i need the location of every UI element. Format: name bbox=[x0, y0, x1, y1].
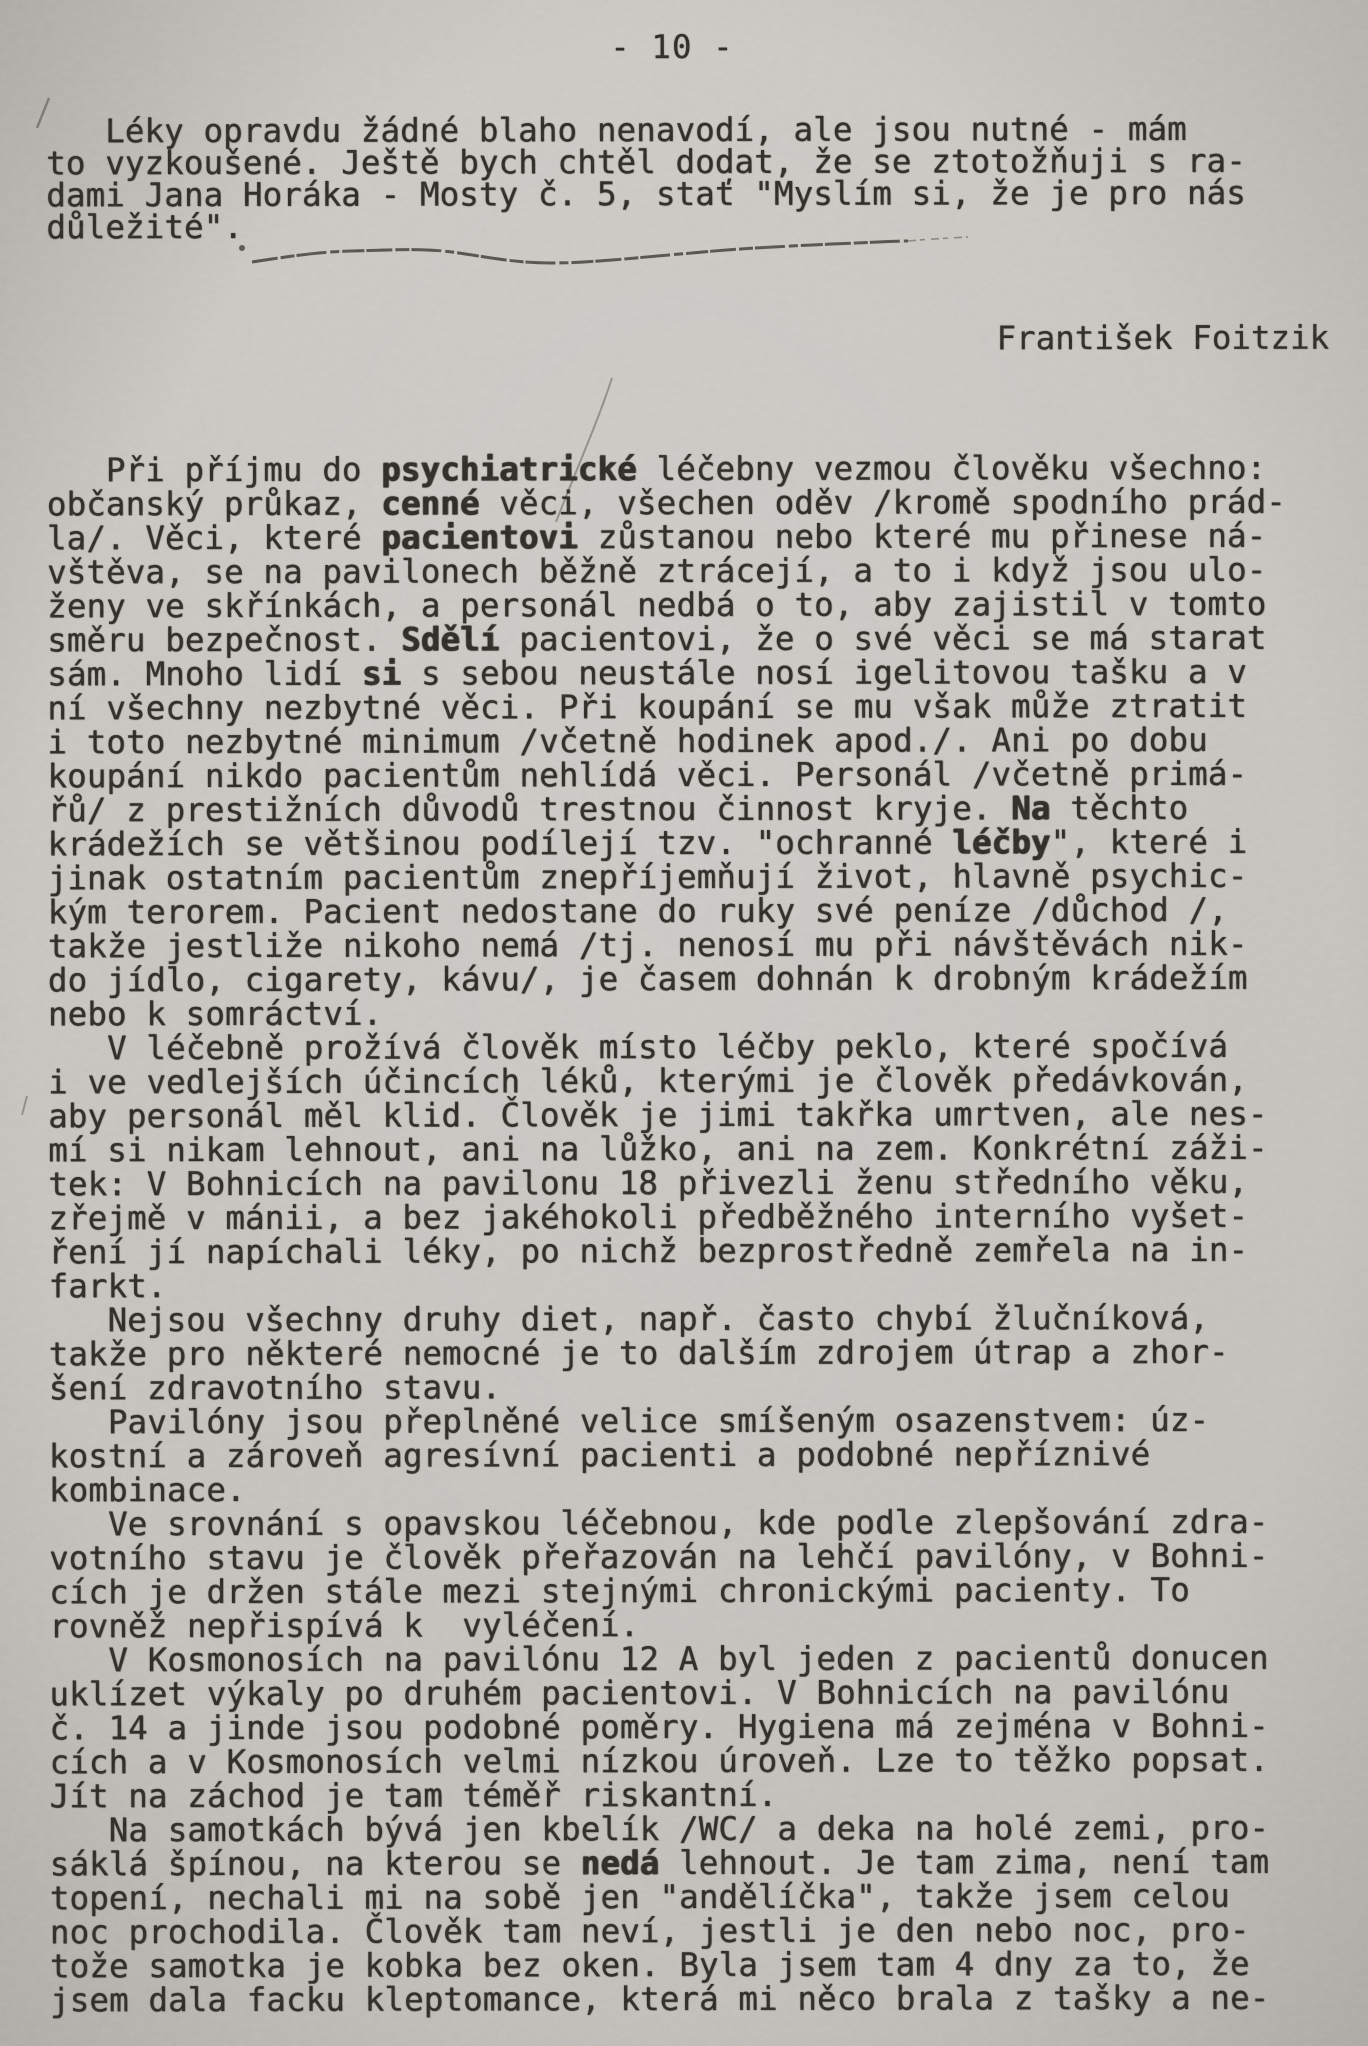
text-line: koupání nikdo pacientům nehlídá věci. Pe… bbox=[47, 757, 1286, 794]
text-line: ní všechny nezbytné věci. Při koupání se… bbox=[47, 689, 1286, 726]
text-line: jsem dala facku kleptomance, která mi ně… bbox=[50, 1981, 1289, 2018]
overstruck-word: si bbox=[362, 655, 401, 693]
page-number: - 10 - bbox=[0, 29, 1356, 66]
text-segment: kombinace. bbox=[49, 1471, 246, 1509]
text-line: občanský průkaz, cenné věci, všechen odě… bbox=[47, 485, 1286, 522]
text-segment: občanský průkaz, bbox=[47, 485, 381, 524]
text-line: vštěva, se na pavilonech běžně ztrácejí,… bbox=[47, 553, 1286, 590]
text-segment: ření jí napíchali léky, po nichž bezpros… bbox=[48, 1231, 1248, 1272]
overstruck-word: Na bbox=[1011, 789, 1050, 827]
text-line: Na samotkách bývá jen kbelík /WC/ a deka… bbox=[50, 1811, 1289, 1848]
text-line: krádežích se většinou podílejí tzv. "och… bbox=[48, 825, 1287, 862]
text-line: Jít na záchod je tam téměř riskantní. bbox=[50, 1777, 1289, 1814]
text-segment: farkt. bbox=[49, 1267, 167, 1305]
text-line: kostní a zároveň agresívní pacienti a po… bbox=[49, 1437, 1288, 1474]
text-line: tek: V Bohnicích na pavilonu 18 přivezli… bbox=[48, 1165, 1287, 1202]
text-segment: jsem dala facku kleptomance, která mi ně… bbox=[50, 1979, 1269, 2020]
text-line: aby personál měl klid. Člověk je jimi ta… bbox=[48, 1097, 1287, 1134]
text-line: ženy ve skřínkách, a personál nedbá o to… bbox=[47, 587, 1286, 624]
text-line: topení, nechali mi na sobě jen "andělíčk… bbox=[50, 1879, 1289, 1916]
text-segment: la/. Věci, které bbox=[47, 519, 381, 558]
overstruck-word: Sdělí bbox=[401, 620, 499, 658]
text-segment: důležité". bbox=[46, 208, 243, 246]
text-segment: ", které i bbox=[1051, 823, 1248, 861]
text-line: rovněž nepřispívá k vyléčení. bbox=[49, 1607, 1288, 1644]
text-line: tože samotka je kobka bez oken. Byla jse… bbox=[50, 1947, 1289, 1984]
text-line: sám. Mnoho lidí si s sebou neustále nosí… bbox=[47, 655, 1286, 692]
text-segment: šení zdravotního stavu. bbox=[49, 1368, 501, 1407]
text-line: V léčebně prožívá člověk místo léčby pek… bbox=[48, 1029, 1287, 1066]
text-line: V Kosmonosích na pavilónu 12 A byl jeden… bbox=[49, 1641, 1288, 1678]
text-line: č. 14 a jinde jsou podobné poměry. Hygie… bbox=[49, 1709, 1288, 1746]
text-line: votního stavu je člověk přeřazován na le… bbox=[49, 1539, 1288, 1576]
text-line: kombinace. bbox=[49, 1471, 1288, 1508]
text-line: i toto nezbytné minimum /včetně hodinek … bbox=[47, 723, 1286, 760]
typewritten-text-layer: - 10 - Léky opravdu žádné blaho nenavodí… bbox=[0, 0, 1368, 2046]
text-line: Nejsou všechny druhy diet, např. často c… bbox=[49, 1301, 1288, 1338]
overstruck-word: psychiatrické bbox=[381, 450, 637, 489]
text-line: takže pro některé nemocné je to dalším z… bbox=[49, 1335, 1288, 1372]
text-line: la/. Věci, které pacientovi zůstanou neb… bbox=[47, 519, 1286, 556]
text-line: Pavilóny jsou přeplněné velice smíšeným … bbox=[49, 1403, 1288, 1440]
intro-paragraph: Léky opravdu žádné blaho nenavodí, ale j… bbox=[46, 113, 1246, 244]
text-line: důležité". bbox=[46, 209, 1246, 244]
text-line: zřejmě v mánii, a bez jakéhokoli předběž… bbox=[48, 1199, 1287, 1236]
overstruck-word: léčby bbox=[952, 823, 1050, 861]
text-line: Ve srovnání s opavskou léčebnou, kde pod… bbox=[49, 1505, 1288, 1542]
text-line: farkt. bbox=[49, 1267, 1288, 1304]
text-line: směru bezpečnost. Sdělí pacientovi, že o… bbox=[47, 621, 1286, 658]
text-line: uklízet výkaly po druhém pacientovi. V B… bbox=[49, 1675, 1288, 1712]
text-line: sáklá špínou, na kterou se nedá lehnout.… bbox=[50, 1845, 1289, 1882]
text-line: cích a v Kosmonosích velmi nízkou úroveň… bbox=[50, 1743, 1289, 1780]
text-segment: nebo k somráctví. bbox=[48, 995, 382, 1034]
text-line: i ve vedlejších účincích léků, kterými j… bbox=[48, 1063, 1287, 1100]
text-line: Při příjmu do psychiatrické léčebny vezm… bbox=[47, 451, 1286, 488]
text-line: kým terorem. Pacient nedostane do ruky s… bbox=[48, 893, 1287, 930]
text-line: nebo k somráctví. bbox=[48, 995, 1287, 1032]
text-segment: směru bezpečnost. bbox=[47, 621, 401, 660]
text-segment: Při příjmu do bbox=[47, 451, 381, 490]
overstruck-word: nedá bbox=[581, 1844, 660, 1882]
text-line: řů/ z prestižních důvodů trestnou činnos… bbox=[48, 791, 1287, 828]
scanned-page: - 10 - Léky opravdu žádné blaho nenavodí… bbox=[0, 0, 1368, 2046]
text-line: dami Jana Horáka - Mosty č. 5, stať "Mys… bbox=[46, 177, 1246, 212]
text-segment: do jídlo, cigarety, kávu/, je časem dohn… bbox=[48, 959, 1248, 1000]
text-line: noc prochodila. Člověk tam neví, jestli … bbox=[50, 1913, 1289, 1950]
text-line: takže jestliže nikoho nemá /tj. nenosí m… bbox=[48, 927, 1287, 964]
overstruck-word: pacientovi bbox=[381, 518, 578, 556]
text-line: do jídlo, cigarety, kávu/, je časem dohn… bbox=[48, 961, 1287, 998]
text-line: cích je držen stále mezi stejnými chroni… bbox=[49, 1573, 1288, 1610]
text-segment: těchto bbox=[1051, 789, 1189, 827]
signature: František Foitzik bbox=[997, 321, 1330, 356]
text-line: jinak ostatním pacientům znepříjemňují ž… bbox=[48, 859, 1287, 896]
body-text: Při příjmu do psychiatrické léčebny vezm… bbox=[47, 451, 1289, 2018]
text-line: šení zdravotního stavu. bbox=[49, 1369, 1288, 1406]
text-line: ření jí napíchali léky, po nichž bezpros… bbox=[48, 1233, 1287, 1270]
text-line: mí si nikam lehnout, ani na lůžko, ani n… bbox=[48, 1131, 1287, 1168]
text-segment: sám. Mnoho lidí bbox=[47, 655, 362, 694]
text-segment: kostní a zároveň agresívní pacienti a po… bbox=[49, 1435, 1150, 1475]
text-segment: takže pro některé nemocné je to dalším z… bbox=[49, 1333, 1229, 1373]
overstruck-word: cenné bbox=[381, 484, 479, 522]
